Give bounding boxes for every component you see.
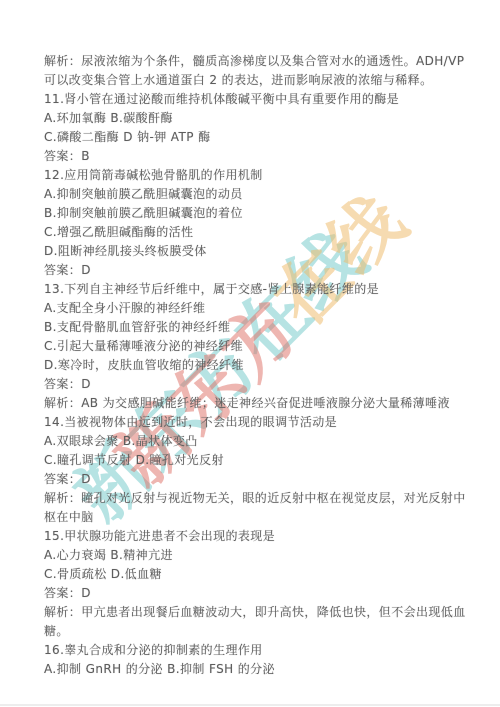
answer-line: 答案：D — [44, 375, 468, 394]
option-line: B.抑制突触前膜乙酰胆碱囊泡的着位 — [44, 204, 468, 223]
option-line: A.心力衰竭 B.精神亢进 — [44, 546, 468, 565]
question-15: 15.甲状腺功能亢进患者不会出现的表现是 — [44, 527, 468, 546]
option-line: A.抑制 GnRH 的分泌 B.抑制 FSH 的分泌 — [44, 660, 468, 679]
exam-document: 解析：尿液浓缩为个条件，髓质高渗梯度以及集合管对水的通透性。ADH/VP 可以改… — [44, 52, 468, 679]
answer-line: 答案：B — [44, 147, 468, 166]
page-bottom-edge — [0, 704, 500, 706]
option-line: A.环加氧酶 B.碳酸酐酶 — [44, 109, 468, 128]
option-line: B.支配骨骼肌血管舒张的神经纤维 — [44, 318, 468, 337]
question-11: 11.肾小管在通过泌酸而维持机体酸碱平衡中具有重要作用的酶是 — [44, 90, 468, 109]
question-12: 12.应用筒箭毒碱松弛骨骼肌的作用机制 — [44, 166, 468, 185]
option-line: D.寒冷时，皮肤血管收缩的神经纤维 — [44, 356, 468, 375]
option-line: A.双眼球会聚 B.晶状体变凸 — [44, 432, 468, 451]
question-13: 13.下列自主神经节后纤维中，属于交感-肾上腺素能纤维的是 — [44, 280, 468, 299]
answer-line: 答案：D — [44, 584, 468, 603]
option-line: A.支配全身小汗腺的神经纤维 — [44, 299, 468, 318]
analysis-line: 解析：瞳孔对光反射与视近物无关，眼的近反射中枢在视觉皮层，对光反射中枢在中脑 — [44, 489, 468, 527]
option-line: C.增强乙酰胆碱酯酶的活性 — [44, 223, 468, 242]
answer-line: 答案：D — [44, 261, 468, 280]
analysis-line: 解析：AB 为交感胆碱能纤维；迷走神经兴奋促进唾液腺分泌大量稀薄唾液 — [44, 394, 468, 413]
analysis-line: 解析：尿液浓缩为个条件，髓质高渗梯度以及集合管对水的通透性。ADH/VP 可以改… — [44, 52, 468, 90]
question-14: 14.当被视物体由远到近时，不会出现的眼调节活动是 — [44, 413, 468, 432]
option-line: C.引起大量稀薄唾液分泌的神经纤维 — [44, 337, 468, 356]
option-line: C.骨质疏松 D.低血糖 — [44, 565, 468, 584]
option-line: C.瞳孔调节反射 D.瞳孔对光反射 — [44, 451, 468, 470]
answer-line: 答案：D — [44, 470, 468, 489]
option-line: D.阻断神经肌接头终板膜受体 — [44, 242, 468, 261]
question-16: 16.睾丸合成和分泌的抑制素的生理作用 — [44, 641, 468, 660]
analysis-line: 解析：甲亢患者出现餐后血糖波动大，即升高快，降低也快，但不会出现低血糖。 — [44, 603, 468, 641]
option-line: C.磷酸二酯酶 D 钠-钾 ATP 酶 — [44, 128, 468, 147]
option-line: A.抑制突触前膜乙酰胆碱囊泡的动员 — [44, 185, 468, 204]
